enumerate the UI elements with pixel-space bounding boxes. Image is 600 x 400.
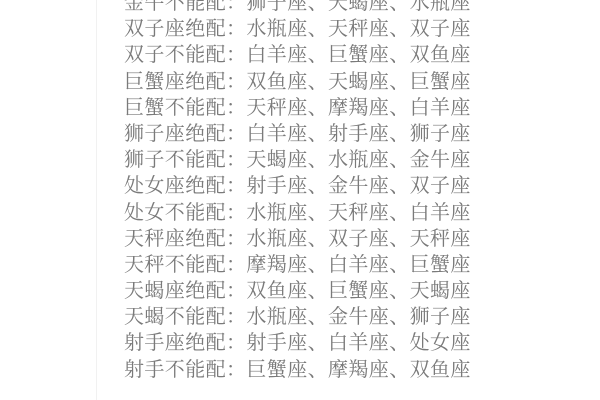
- list-item-cancer-incompatible: 巨蟹不能配：天秤座、摩羯座、白羊座: [124, 94, 471, 120]
- list-item-scorpio-incompatible: 天蝎不能配：水瓶座、金牛座、狮子座: [124, 303, 471, 329]
- list-item-cancer-best-match: 巨蟹座绝配：双鱼座、天蝎座、巨蟹座: [124, 68, 471, 94]
- list-item-gemini-incompatible: 双子不能配：白羊座、巨蟹座、双鱼座: [124, 41, 471, 67]
- list-item-gemini-best-match: 双子座绝配：水瓶座、天秤座、双子座: [124, 15, 471, 41]
- document-page: 金牛不能配：狮子座、天蝎座、水瓶座 双子座绝配：水瓶座、天秤座、双子座 双子不能…: [0, 0, 600, 400]
- list-item-virgo-best-match: 处女座绝配：射手座、金牛座、双子座: [124, 172, 471, 198]
- list-item-virgo-incompatible: 处女不能配：水瓶座、天秤座、白羊座: [124, 199, 471, 225]
- list-item-libra-best-match: 天秤座绝配：水瓶座、双子座、天秤座: [124, 225, 471, 251]
- left-border-divider: [96, 0, 97, 400]
- list-item-libra-incompatible: 天秤不能配：摩羯座、白羊座、巨蟹座: [124, 251, 471, 277]
- list-item-sagittarius-incompatible: 射手不能配：巨蟹座、摩羯座、双鱼座: [124, 356, 471, 382]
- list-item-leo-incompatible: 狮子不能配：天蝎座、水瓶座、金牛座: [124, 146, 471, 172]
- list-item-taurus-incompatible: 金牛不能配：狮子座、天蝎座、水瓶座: [124, 0, 471, 15]
- list-item-leo-best-match: 狮子座绝配：白羊座、射手座、狮子座: [124, 120, 471, 146]
- zodiac-compatibility-list: 金牛不能配：狮子座、天蝎座、水瓶座 双子座绝配：水瓶座、天秤座、双子座 双子不能…: [124, 0, 471, 382]
- list-item-sagittarius-best-match: 射手座绝配：射手座、白羊座、处女座: [124, 329, 471, 355]
- list-item-scorpio-best-match: 天蝎座绝配：双鱼座、巨蟹座、天蝎座: [124, 277, 471, 303]
